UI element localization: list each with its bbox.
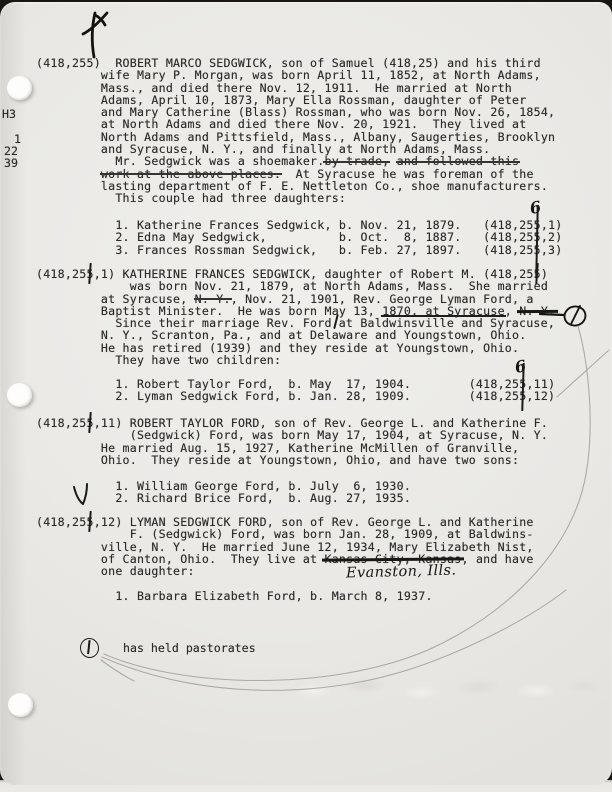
daughters-list-418-255: 1. Katherine Frances Sedgwick, b. Nov. 2… (36, 219, 604, 256)
footnote: has held pastorates (80, 638, 256, 658)
text-segment: one daughter: (36, 564, 195, 578)
entry-418-255-12: (418,255,12) LYMAN SEDGWICK FORD, son of… (36, 516, 604, 577)
entry-418-255-1: (418,255,1) KATHERINE FRANCES SEDGWICK, … (36, 268, 604, 366)
text-segment: 5 (86, 268, 93, 280)
margin-code: 39 (4, 157, 18, 169)
text-line: 2. Richard Brice Ford, b. Aug. 27, 1935. (36, 492, 604, 504)
margin-code: H3 (2, 108, 16, 120)
text-segment: 2. Richard Brice Ford, b. Aug. 27, 1935. (36, 491, 411, 505)
sons-list-418-255-11: 1. William George Ford, b. July 6, 1930.… (36, 480, 604, 505)
text-line: 2. Lyman Sedgwick Ford, b. Jan. 28, 1909… (36, 390, 604, 402)
text-segment: N. Y. (195, 293, 231, 305)
footnote-circled-1-mark (78, 637, 100, 660)
text-segment: 1870, at Syracuse (382, 305, 505, 317)
children-list-418-255-1: 1. Robert Taylor Ford, b. May 17, 1904. … (36, 378, 604, 403)
text-segment: by trade, (324, 155, 389, 167)
scanned-document-page: (418,255) ROBERT MARCO SEDGWICK, son of … (0, 0, 612, 792)
text-segment: 5 (86, 516, 93, 528)
text-segment: work at the above places. (101, 168, 281, 180)
text-segment: 2. Lyman Sedgwick Ford, b. Jan. 28, 1909… (36, 389, 555, 403)
text-segment (332, 317, 339, 329)
text-segment: 5 (519, 378, 526, 390)
entry-418-255: (418,255) ROBERT MARCO SEDGWICK, son of … (36, 57, 604, 205)
text-line: This couple had three daughters: (36, 192, 604, 204)
text-line: one daughter: Evanston, Ills. (36, 565, 604, 577)
text-line: Ohio. They reside at Youngstown, Ohio, a… (36, 454, 604, 466)
text-segment: This couple had three daughters: (36, 191, 346, 205)
text-segment: N. Y. (519, 305, 555, 317)
text-segment: Ohio. They reside at Youngstown, Ohio, a… (36, 453, 519, 467)
entry-418-255-11: (418,255,11) ROBERT TAYLOR FORD, son of … (36, 417, 604, 466)
text-segment: 5 (534, 219, 541, 231)
text-segment: , and have (462, 552, 534, 566)
text-segment: They have two children: (36, 353, 281, 367)
text-segment: Evanston, Ills. (346, 565, 457, 580)
text-line: 1. Barbara Elizabeth Ford, b. March 8, 1… (36, 590, 604, 602)
text-segment: 1. Barbara Elizabeth Ford, b. March 8, 1… (36, 589, 433, 603)
text-segment: 3. Frances Rossman Sedgwick, b. Feb. 27,… (36, 243, 562, 257)
daughter-list-418-255-12: 1. Barbara Elizabeth Ford, b. March 8, 1… (36, 590, 604, 602)
text-segment: and followed this (397, 155, 520, 167)
text-line: 3. Frances Rossman Sedgwick, b. Feb. 27,… (36, 244, 604, 256)
text-segment: 5 (86, 417, 93, 429)
typed-text-layer: (418,255) ROBERT MARCO SEDGWICK, son of … (0, 0, 612, 792)
text-segment: 5 (534, 268, 541, 280)
footnote-text: has held pastorates (123, 642, 256, 654)
text-segment (195, 564, 346, 578)
